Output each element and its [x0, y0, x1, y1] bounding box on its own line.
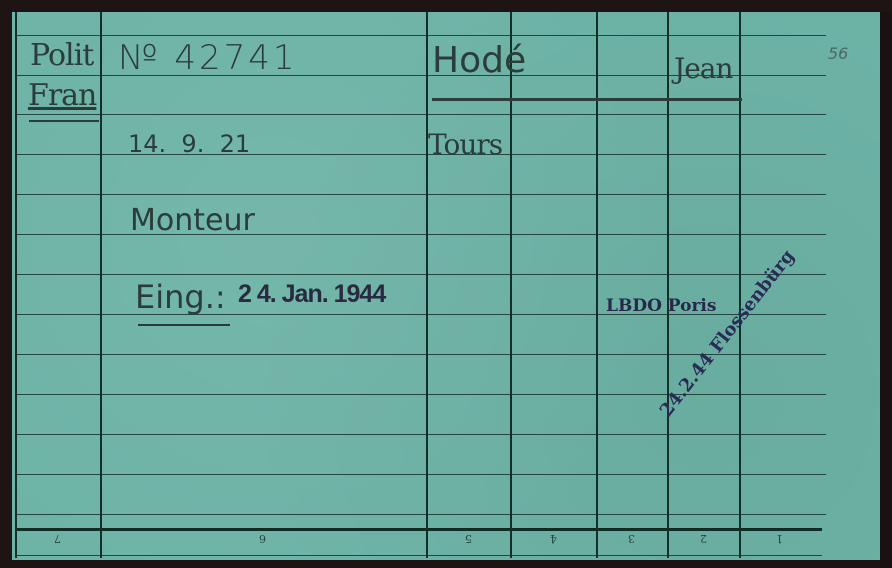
footer-column-4: 4: [550, 532, 557, 545]
column-line: [667, 12, 669, 558]
category-politisch: Polit: [30, 38, 93, 73]
footer-column-3: 3: [628, 532, 635, 545]
footer-column-1: 1: [776, 532, 783, 545]
category-nationality: Fran: [28, 78, 96, 113]
column-line: [15, 12, 17, 558]
footer-column-7: 7: [54, 532, 61, 545]
rule-line: [16, 394, 826, 395]
rule-line: [16, 194, 826, 195]
rule-line: [16, 474, 826, 475]
footer-bottom-line: [16, 555, 822, 556]
prisoner-number: № 42741: [118, 38, 298, 78]
entry-label: Eing.:: [135, 278, 226, 316]
corner-note: 56: [828, 44, 848, 63]
nationality-underline: [29, 120, 99, 122]
name-underline: [432, 98, 742, 101]
column-line: [739, 12, 741, 558]
surname: Hodé: [432, 40, 526, 81]
entry-date-stamp: 2 4. Jan. 1944: [238, 280, 385, 309]
rule-line: [16, 514, 826, 515]
card-shadow-edge: [880, 12, 892, 568]
rule-line: [16, 434, 826, 435]
entry-underline: [138, 324, 230, 326]
footer-divider: [16, 528, 822, 531]
footer-column-6: 6: [259, 532, 266, 545]
origin-stamp: LBDO Poris: [606, 296, 716, 316]
rule-line: [16, 35, 826, 36]
footer-column-2: 2: [700, 532, 707, 545]
column-line: [100, 12, 102, 558]
rule-line: [16, 274, 826, 275]
column-line: [596, 12, 598, 558]
footer-column-5: 5: [465, 532, 472, 545]
column-line: [510, 12, 512, 558]
rule-line: [16, 114, 826, 115]
given-name: Jean: [674, 52, 733, 85]
birth-date: 14. 9. 21: [128, 130, 250, 158]
occupation: Monteur: [130, 203, 255, 238]
column-line: [426, 12, 428, 558]
birth-place: Tours: [428, 128, 502, 161]
